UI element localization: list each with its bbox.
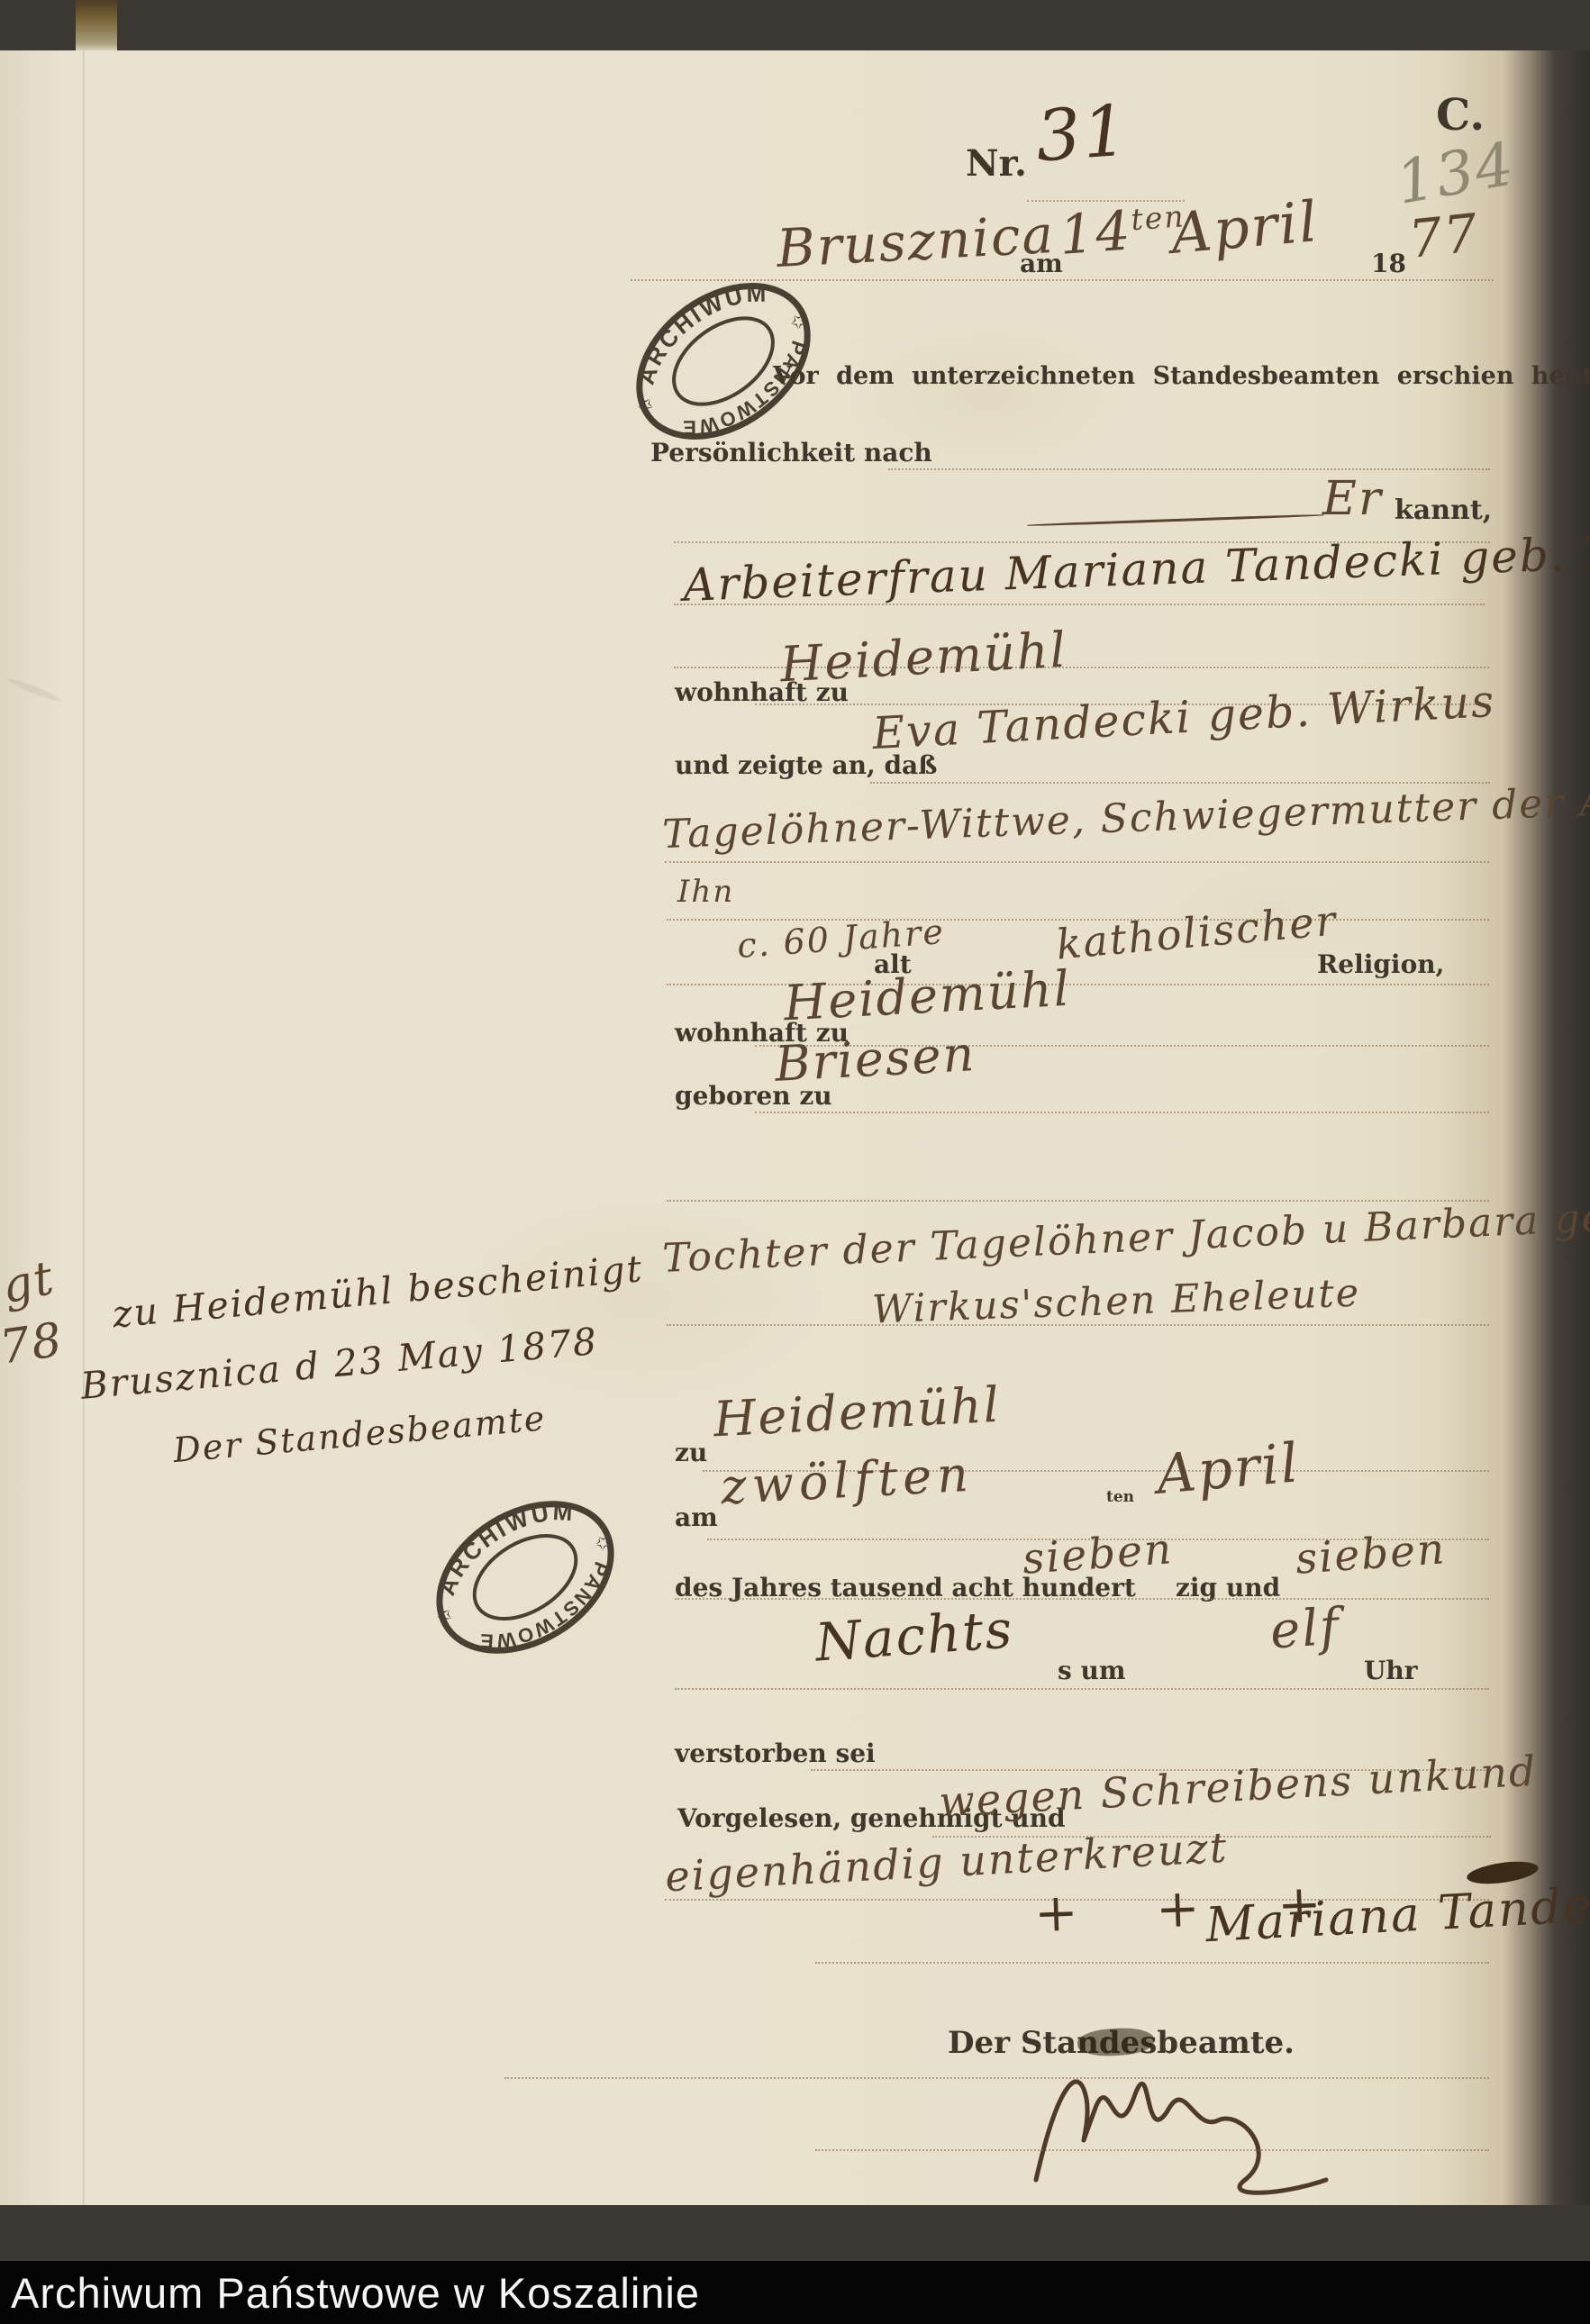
zu-label: zu xyxy=(675,1438,707,1467)
dotted-line xyxy=(667,1324,1489,1326)
dotted-line xyxy=(815,1962,1489,1964)
record-number-label: Nr. xyxy=(966,142,1027,185)
edge-fragment-bottom: 78 xyxy=(0,1312,67,1375)
erkannt-hand: Er xyxy=(1322,472,1383,526)
dateline-year-printed: 18 xyxy=(1371,249,1406,278)
dateline-year-hand: 77 xyxy=(1406,202,1482,270)
death-month: April xyxy=(1154,1431,1302,1507)
dateline-day-number: 14 xyxy=(1058,199,1134,267)
stamp-star-icon: ✩ xyxy=(632,391,658,417)
dotted-line xyxy=(674,604,1485,605)
record-number-value: 31 xyxy=(1033,91,1131,178)
uhr-label: Uhr xyxy=(1364,1656,1418,1685)
dateline-month: April xyxy=(1168,188,1322,267)
form-persoenlichkeit-label: Persönlichkeit nach xyxy=(650,438,932,468)
year-ones-hand: sieben xyxy=(1294,1524,1448,1584)
dotted-line xyxy=(888,468,1490,470)
page-fold-seam xyxy=(83,50,86,2259)
photo-backdrop-top xyxy=(0,0,1590,50)
photo-backdrop-bottom xyxy=(0,2205,1590,2261)
verstorben-label: verstorben sei xyxy=(675,1738,876,1768)
dateline-am-label: am xyxy=(1020,249,1063,278)
year-tens-hand: sieben xyxy=(1021,1524,1175,1584)
form-intro-line: Vor dem unterzeichneten Standesbeamten e… xyxy=(773,362,1590,390)
form-series-letter: C. xyxy=(1436,90,1485,141)
religion-label: Religion, xyxy=(1317,949,1444,979)
stamp-star-icon: ✩ xyxy=(432,1602,457,1628)
dotted-line xyxy=(504,2077,1489,2079)
registrar-signature xyxy=(1009,2045,1387,2225)
ten-label: ten xyxy=(1106,1488,1134,1506)
dotted-line xyxy=(675,1598,1489,1600)
dotted-line xyxy=(870,782,1490,784)
dotted-line xyxy=(815,2149,1489,2151)
scanned-archive-document: { "archive_bar": { "label": "Archiwum Pa… xyxy=(0,0,1590,2324)
binding-tape xyxy=(76,0,117,50)
kannt-label: kannt, xyxy=(1395,495,1492,526)
hour-hand: elf xyxy=(1268,1597,1342,1660)
ihn-hand: Ihn xyxy=(677,874,734,910)
dotted-line xyxy=(665,861,1489,863)
archive-caption-text: Archiwum Państwowe w Koszalinie xyxy=(11,2268,700,2318)
dotted-line xyxy=(675,1688,1489,1690)
dotted-line xyxy=(755,1112,1489,1113)
s-um-label: s um xyxy=(1058,1656,1126,1685)
dotted-line xyxy=(667,1200,1489,1202)
am-label: am xyxy=(675,1502,718,1532)
birthplace: Briesen xyxy=(774,1025,977,1093)
